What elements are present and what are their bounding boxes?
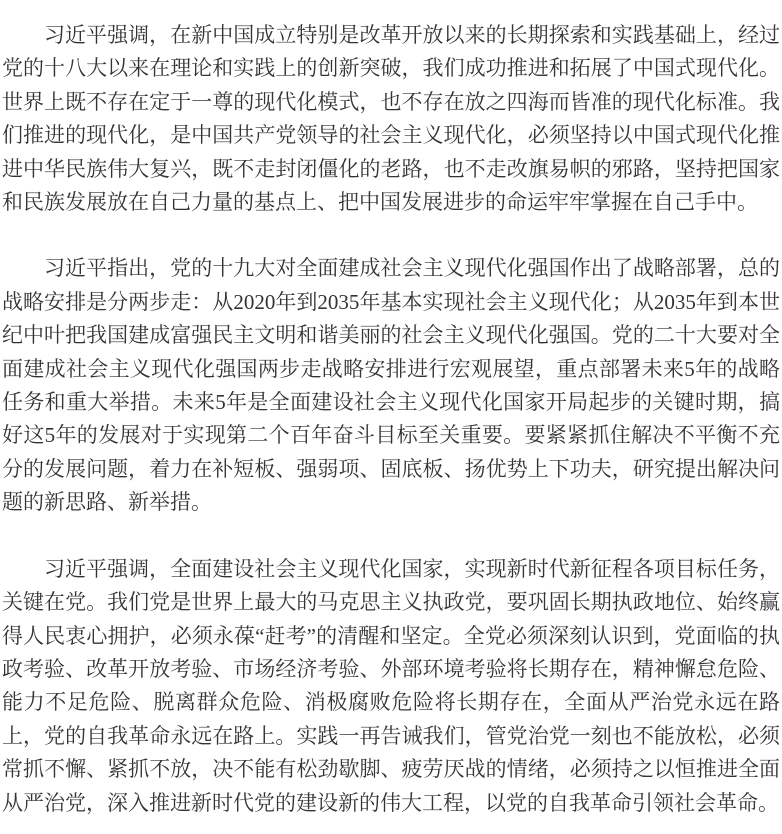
article-paragraph-1: 习近平强调，在新中国成立特别是改革开放以来的长期探索和实践基础上，经过党的十八大… <box>2 19 780 219</box>
article-paragraph-3: 习近平强调，全面建设社会主义现代化国家，实现新时代新征程各项目标任务，关键在党。… <box>2 553 780 820</box>
article-page: 习近平强调，在新中国成立特别是改革开放以来的长期探索和实践基础上，经过党的十八大… <box>0 0 782 834</box>
article-paragraph-2: 习近平指出，党的十九大对全面建成社会主义现代化强国作出了战略部署，总的战略安排是… <box>2 252 780 519</box>
